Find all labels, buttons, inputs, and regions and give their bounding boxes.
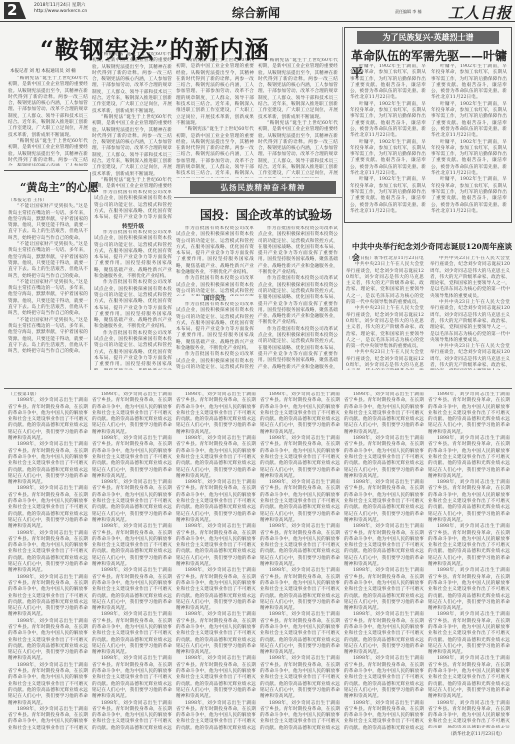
lead-col-2: “鞍钢宪法”诞生于上世纪60年代初期，是新中国工业企业管理的重要经验。从鞍钢宪法… [92,52,172,188]
hero-col-1: 叶镛平，1902年生于湖南，早年投身革命，参加工农红军，长期从事军需工作，为红军… [350,64,426,218]
reform-headline[interactable]: 国投：国企改革的试验场 [200,206,332,223]
section-divider [4,388,512,389]
hero-col-2: 叶镛平，1902年生于湖南，早年投身革命，参加工农红军，长期从事军需工作，为红军… [431,64,507,218]
lead-col-1: “鞍钢宪法”诞生于上世纪60年代初期，是新中国工业企业管理的重要经验。从鞍钢宪法… [8,76,88,166]
commemoration-col-2: 中共中央23日上午在人民大会堂举行座谈会，纪念刘少奇同志诞辰120周年。刘少奇同… [430,256,510,370]
reform-col-3: 作为首批国有资本投资公司改革试点企业，国投积极探索国有资本投资公司的功能定位、运… [258,226,338,370]
bottom-col-2: 1898年，刘少奇同志出生于湖南省宁乡县。青年时期投身革命，在长期的革命斗争中，… [92,392,172,730]
page-number: 2 [4,2,26,19]
lead-col-4: “鞍钢宪法”诞生于上世纪60年代初期，是新中国工业企业管理的重要经验。从鞍钢宪法… [258,58,338,178]
commemoration-col-1: （人民日报）新华社北京11月23日电 中共中央23日上午在人民大会堂举行座谈会，… [346,256,424,370]
reform-col-2b: 作为首批国有资本投资公司改革试点企业，国投积极探索国有资本投资公司的功能定位、运… [176,302,254,370]
divider [4,170,88,171]
page-meta: 2018年11月24日 星期六 http://www.workercn.cn [34,3,87,15]
section-title: 综合新闻 [232,4,280,21]
hero-profile-box: 为了民族复兴·英雄烈士谱 革命队伍的军需先驱——叶镛平 叶镛平，1902年生于湖… [344,27,512,223]
reform-col-1b: 作为首批国有资本投资公司改革试点企业，国投积极探索国有资本投资公司的功能定位、运… [94,230,172,370]
bottom-col-6: 1898年，刘少奇同志出生于湖南省宁乡县。青年时期投身革命，在长期的革命斗争中，… [428,392,510,728]
newspaper-logo: 工人日报 [448,2,512,23]
divider [174,197,342,198]
masthead: 2 2018年11月24日 星期六 http://www.workercn.cn… [0,0,515,22]
lead-byline: 本报记者 刘 旭 本报通讯员 刘 楠 [10,68,76,74]
feature-body: （本报记者 王伟） “不能让国家财产受到损失。”这是黄岛主常挂在嘴边的一句话。多… [8,198,88,370]
newspaper-page: 2 2018年11月24日 星期六 http://www.workercn.cn… [0,0,515,744]
dateline-signature: （新华社北京11月23日电） [448,731,504,737]
reform-col-1a: 作为首批国有资本投资公司改革试点企业，国投积极探索国有资本投资公司的功能定位、运… [94,190,172,220]
theme-banner: 弘扬民族精神奋斗精神 [190,181,336,194]
reform-col-2a: 作为首批国有资本投资公司改革试点企业，国投积极探索国有资本投资公司的功能定位、运… [176,226,254,296]
bottom-col-4: 1898年，刘少奇同志出生于湖南省宁乡县。青年时期投身革命，在长期的革命斗争中，… [260,392,340,730]
feature-headline[interactable]: “黄岛主”的心愿 [20,179,99,195]
bottom-col-5: 1898年，刘少奇同志出生于湖南省宁乡县。青年时期投身革命，在长期的革命斗争中，… [344,392,424,730]
bottom-col-3: 1898年，刘少奇同志出生于湖南省宁乡县。青年时期投身革命，在长期的革命斗争中，… [176,392,256,730]
series-banner: 为了民族复兴·英雄烈士谱 [357,31,499,44]
bottom-col-1: （上接第1版） 1898年，刘少奇同志出生于湖南省宁乡县。青年时期投身革命，在长… [8,392,88,730]
website-link[interactable]: http://www.workercn.cn [34,9,87,15]
reform-subhead-1: 转型升级 [100,222,166,230]
column-divider [342,27,343,370]
reform-subhead-2: 国计民生 [180,294,250,302]
lead-col-3: “鞍钢宪法”诞生于上世纪60年代初期，是新中国工业企业管理的重要经验。从鞍钢宪法… [176,58,254,178]
editor-credit: 责任编辑 李 楠 [395,9,422,15]
column-divider [90,172,91,370]
